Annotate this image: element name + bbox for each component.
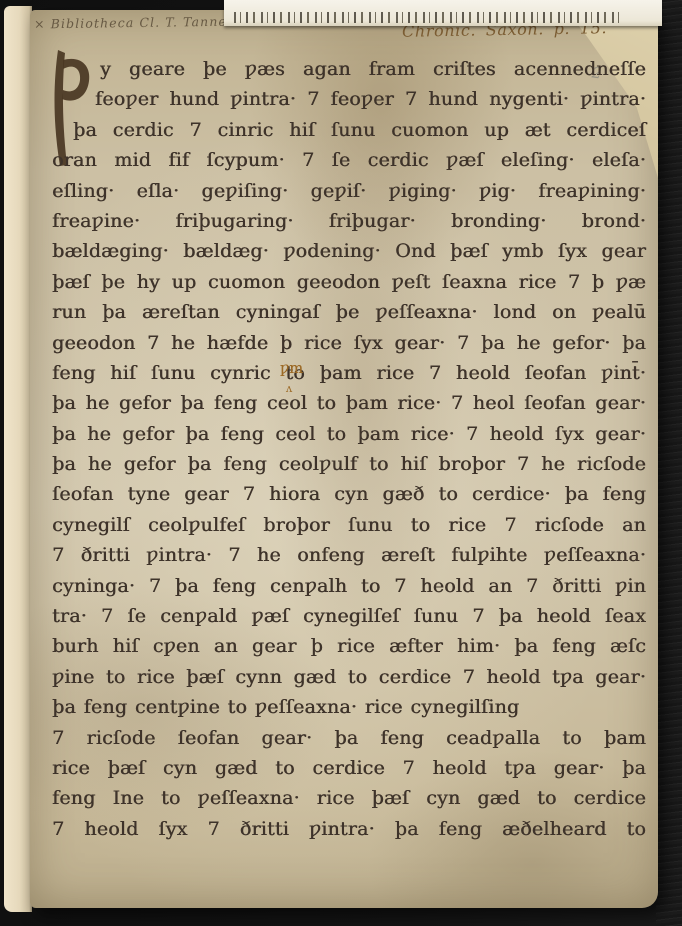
manuscript-line: 7 heold ſyx 7 ðritti ƿintra· þa feng æðe… (52, 814, 646, 844)
text-block: y geare þe ƿæs agan fram criſtes acenned… (52, 54, 646, 844)
manuscript-line: feng Ine to ƿeſſeaxna· rice þæſ cyn gæd … (52, 783, 646, 813)
flyleaf-edge (4, 6, 32, 912)
manuscript-line: ſeofan tyne gear 7 hiora cyn gæð to cerd… (52, 479, 646, 509)
cropped-page-fragment (224, 0, 662, 26)
library-stamp: × Bibliotheca Cl. T. Tanner. (34, 14, 238, 32)
manuscript-photo: × Bibliotheca Cl. T. Tanner. Chronic. Sa… (0, 0, 682, 926)
manuscript-line: cynegilſ ceolƿulfeſ broþor ſunu to rice … (52, 510, 646, 540)
manuscript-line: cyninga· 7 þa feng cenƿalh to 7 heold an… (52, 571, 646, 601)
manuscript-line: þa cerdic 7 cinric hiſ ſunu cuomon up æt… (52, 115, 646, 145)
manuscript-line: eſling· eſla· geƿiſing· geƿiſ· ƿiging· ƿ… (52, 176, 646, 206)
manuscript-line: oran mid fif ſcypum· 7 ſe cerdic ƿæſ ele… (52, 145, 646, 175)
manuscript-line: rice þæſ cyn gæd to cerdice 7 heold tƿa … (52, 753, 646, 783)
manuscript-line: ƿine to rice þæſ cynn gæd to cerdice 7 h… (52, 662, 646, 692)
manuscript-line: run þa æreſtan cyningaſ þe ƿeſſeaxna· lo… (52, 297, 646, 327)
manuscript-line: freaƿine· friþugaring· friþugar· brondin… (52, 206, 646, 236)
manuscript-line: þa feng centƿine to ƿeſſeaxna· rice cyne… (52, 692, 646, 722)
binding-edge (656, 0, 682, 926)
manuscript-line: þa he gefor þa feng ceol to þam rice· 7 … (52, 419, 646, 449)
manuscript-line: þa he gefor þa feng ceolƿulf to hiſ broþ… (52, 449, 646, 479)
manuscript-line: þæſ þe hy up cuomon geeodon ƿeſt ſeaxna … (52, 267, 646, 297)
manuscript-line: bældæging· bældæg· ƿodening· Ond þæſ ymb… (52, 236, 646, 266)
manuscript-line: 7 ricſode ſeofan gear· þa feng ceadƿalla… (52, 723, 646, 753)
cropped-text-edge (234, 12, 622, 23)
manuscript-line: burh hiſ cƿen an gear þ rice æfter him· … (52, 631, 646, 661)
manuscript-line: geeodon 7 he hæfde þ rice ſyx gear· 7 þa… (52, 328, 646, 358)
manuscript-line: þa he gefor þa feng ceol to þam rice· 7 … (52, 388, 646, 418)
insertion-caret-icon: ʌ (286, 384, 292, 394)
parchment-page: × Bibliotheca Cl. T. Tanner. Chronic. Sa… (30, 10, 658, 908)
manuscript-line: feng hiſ ſunu cynric to þam rice 7 heold… (52, 358, 646, 388)
interlinear-insertion: ƿm (280, 362, 303, 376)
manuscript-line: feoƿer hund ƿintra· 7 feoƿer 7 hund nyge… (52, 84, 646, 114)
manuscript-line: tra· 7 ſe cenƿald ƿæſ cynegilſeſ ſunu 7 … (52, 601, 646, 631)
manuscript-line: y geare þe ƿæs agan fram criſtes acenned… (52, 54, 646, 84)
manuscript-line: 7 ðritti ƿintra· 7 he onfeng æreſt fulƿi… (52, 540, 646, 570)
